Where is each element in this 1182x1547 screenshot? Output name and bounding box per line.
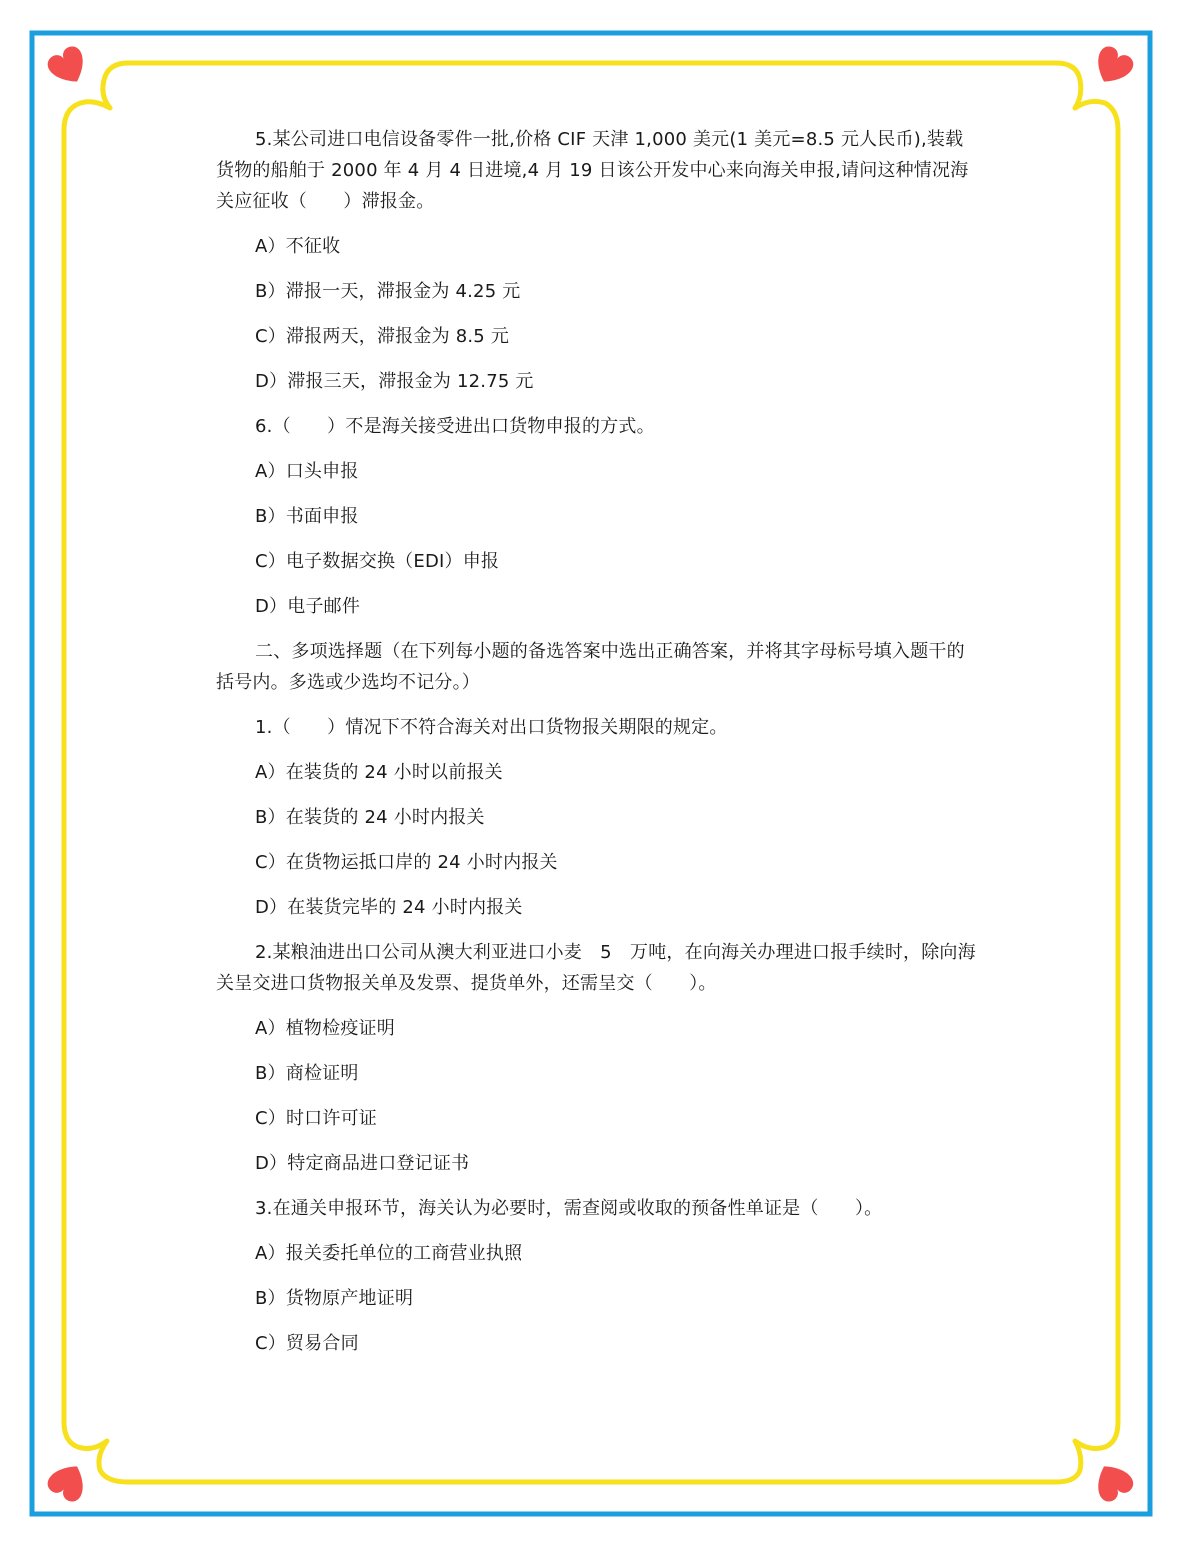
q5-option-a: A）不征收 (255, 231, 976, 262)
heart-icon-bottom-left (44, 1457, 92, 1505)
mc-question-1: 1.（ ）情况下不符合海关对出口货物报关期限的规定。 (216, 712, 976, 743)
q5-option-c: C）滞报两天，滞报金为 8.5 元 (255, 321, 976, 352)
q5-option-b: B）滞报一天，滞报金为 4.25 元 (255, 276, 976, 307)
mc1-option-b: B）在装货的 24 小时内报关 (255, 802, 976, 833)
section-heading-multiple-choice: 二、多项选择题（在下列每小题的备选答案中选出正确答案，并将其字母标号填入题干的括… (216, 636, 976, 698)
mc3-option-a: A）报关委托单位的工商营业执照 (255, 1238, 976, 1269)
mc2-option-b: B）商检证明 (255, 1058, 976, 1089)
mc3-option-b: B）货物原产地证明 (255, 1283, 976, 1314)
heart-icon-top-right (1088, 43, 1136, 91)
mc-question-2: 2.某粮油进出口公司从澳大利亚进口小麦 5 万吨，在向海关办理进口报手续时，除向… (216, 937, 976, 999)
mc2-option-d: D）特定商品进口登记证书 (255, 1148, 976, 1179)
heart-icon-bottom-right (1088, 1457, 1136, 1505)
mc3-option-c: C）贸易合同 (255, 1328, 976, 1359)
heart-icon-top-left (44, 43, 92, 91)
document-body: 5.某公司进口电信设备零件一批,价格 CIF 天津 1,000 美元(1 美元=… (216, 124, 976, 1373)
mc1-option-c: C）在货物运抵口岸的 24 小时内报关 (255, 847, 976, 878)
q6-option-b: B）书面申报 (255, 501, 976, 532)
question-6: 6.（ ）不是海关接受进出口货物申报的方式。 (216, 411, 976, 442)
mc1-option-a: A）在装货的 24 小时以前报关 (255, 757, 976, 788)
q6-option-a: A）口头申报 (255, 456, 976, 487)
q6-option-d: D）电子邮件 (255, 591, 976, 622)
mc2-option-c: C）时口许可证 (255, 1103, 976, 1134)
mc1-option-d: D）在装货完毕的 24 小时内报关 (255, 892, 976, 923)
question-5: 5.某公司进口电信设备零件一批,价格 CIF 天津 1,000 美元(1 美元=… (216, 124, 976, 217)
mc2-option-a: A）植物检疫证明 (255, 1013, 976, 1044)
mc-question-3: 3.在通关申报环节，海关认为必要时，需查阅或收取的预备性单证是（ ）。 (216, 1193, 976, 1224)
q5-option-d: D）滞报三天，滞报金为 12.75 元 (255, 366, 976, 397)
q6-option-c: C）电子数据交换（EDI）申报 (255, 546, 976, 577)
